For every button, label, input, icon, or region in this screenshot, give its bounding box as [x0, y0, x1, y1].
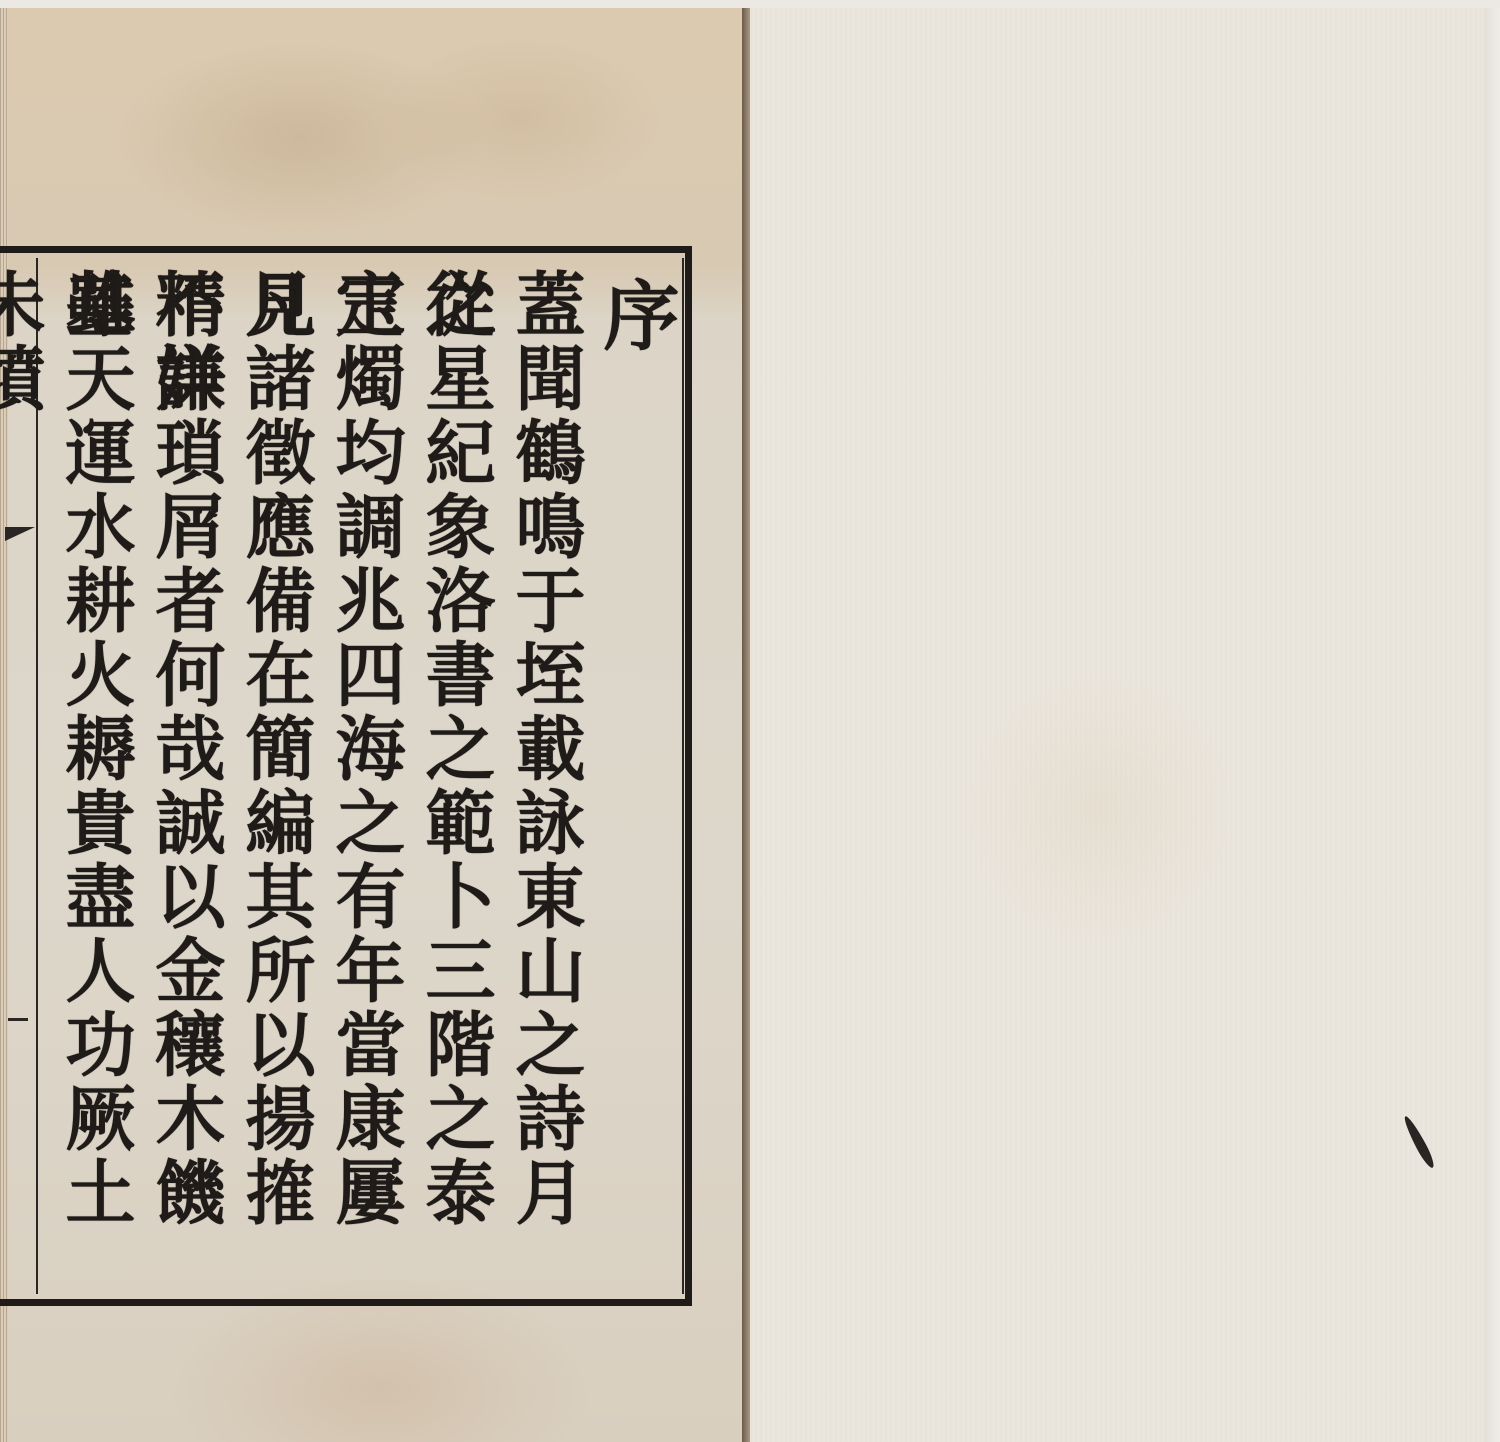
text-column-6: 基天運水耕火耨貴盡人功厥土未墳 [50, 268, 140, 1288]
text-column-5: 不嫌瑣屑者何哉誠以金穰木饑雖 [140, 268, 230, 1288]
text-column-2: 從星紀象洛書之範卜三階之泰定 [410, 268, 500, 1288]
right-page-blank [750, 8, 1484, 1442]
preface-title: 序 [590, 268, 680, 1296]
fold-line-mark [8, 1018, 28, 1021]
book-spine-gutter [742, 8, 750, 1442]
text-column-3: 玉燭均調兆四海之有年當康屢見 [320, 268, 410, 1288]
top-background-strip [0, 0, 1500, 8]
preface-text-block: 序 蓋聞鶴鳴于垤載詠東山之詩月之 從星紀象洛書之範卜三階之泰定 玉燭均調兆四海之… [40, 268, 680, 1288]
right-page-edge [1484, 8, 1500, 1442]
text-column-1: 蓋聞鶴鳴于垤載詠東山之詩月之 [500, 268, 590, 1288]
fish-tail-mark-icon [5, 527, 35, 541]
text-column-4: 凡諸徵應備在簡編其所以揚搉精詳 [230, 268, 320, 1288]
